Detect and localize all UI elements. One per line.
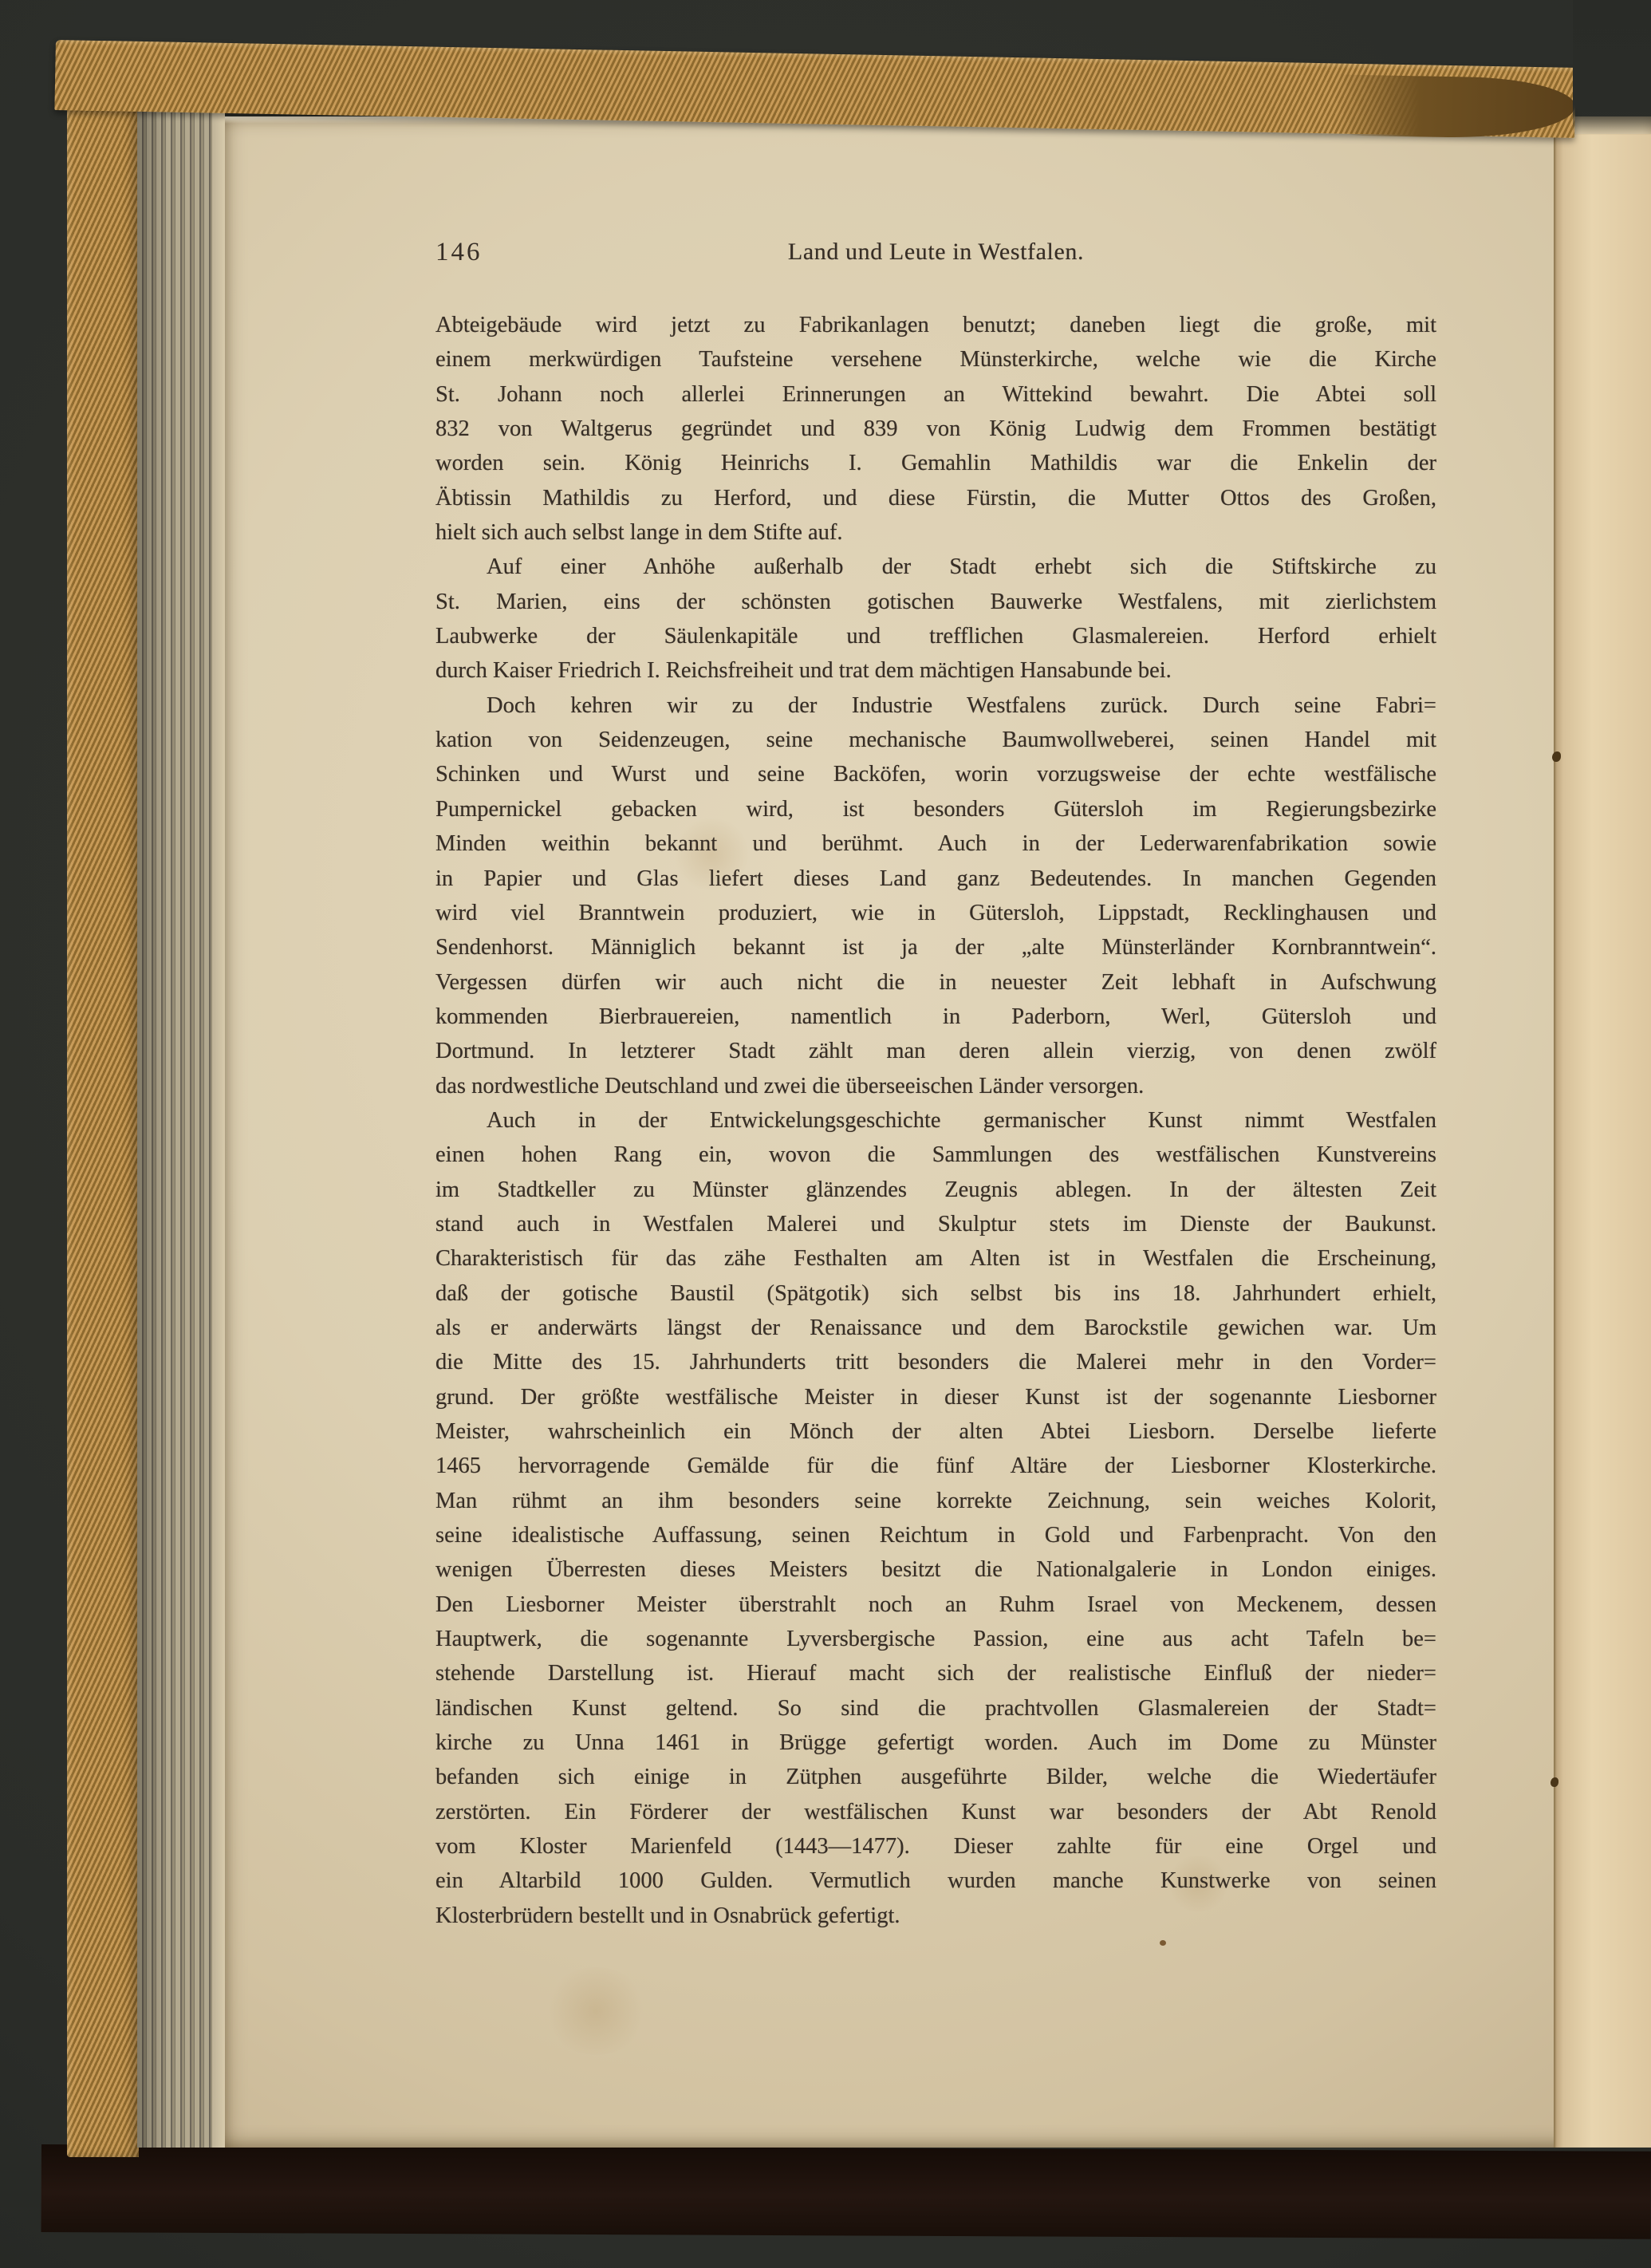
body-line: wenigen Überresten dieses Meisters besit… xyxy=(435,1552,1436,1587)
body-line: Schinken und Wurst und seine Backöfen, w… xyxy=(435,757,1436,791)
body-line: das nordwestliche Deutschland und zwei d… xyxy=(435,1069,1436,1103)
body-line: grund. Der größte westfälische Meister i… xyxy=(435,1380,1436,1414)
body-line: Abteigebäude wird jetzt zu Fabrikanlagen… xyxy=(435,308,1436,342)
body-line: St. Marien, eins der schönsten gotischen… xyxy=(435,585,1436,619)
ink-fleck xyxy=(1160,1940,1166,1946)
body-line: als er anderwärts längst der Renaissance… xyxy=(435,1311,1436,1345)
body-line: Man rühmt an ihm besonders seine korrekt… xyxy=(435,1484,1436,1518)
book-cover-front-edge xyxy=(67,45,139,2157)
body-line: Laubwerke der Säulenkapitäle und treffli… xyxy=(435,619,1436,653)
body-line: kirche zu Unna 1461 in Brügge gefertigt … xyxy=(435,1726,1436,1760)
body-line: seine idealistische Auffassung, seinen R… xyxy=(435,1518,1436,1552)
book-cover-bottom-edge xyxy=(41,2144,1651,2239)
body-line: vom Kloster Marienfeld (1443—1477). Dies… xyxy=(435,1829,1436,1864)
body-line: St. Johann noch allerlei Erinnerungen an… xyxy=(435,377,1436,412)
running-header: Land und Leute in Westfalen. xyxy=(435,234,1436,270)
page-fore-edge xyxy=(1554,134,1651,2148)
body-text: Abteigebäude wird jetzt zu Fabrikanlagen… xyxy=(435,308,1436,1933)
body-line: kation von Seidenzeugen, seine mechanisc… xyxy=(435,723,1436,757)
body-line: Klosterbrüdern bestellt und in Osnabrück… xyxy=(435,1899,1436,1933)
body-line: 1465 hervorragende Gemälde für die fünf … xyxy=(435,1449,1436,1483)
body-line: hielt sich auch selbst lange in dem Stif… xyxy=(435,515,1436,550)
body-line: daß der gotische Baustil (Spätgotik) sic… xyxy=(435,1276,1436,1311)
body-line: zerstörten. Ein Förderer der westfälisch… xyxy=(435,1795,1436,1829)
body-line: die Mitte des 15. Jahrhunderts tritt bes… xyxy=(435,1345,1436,1379)
body-line: in Papier und Glas liefert dieses Land g… xyxy=(435,862,1436,896)
body-line: Hauptwerk, die sogenannte Lyversbergisch… xyxy=(435,1622,1436,1656)
body-line: kommenden Bierbrauereien, namentlich in … xyxy=(435,1000,1436,1034)
cover-top-worn-corner xyxy=(1335,74,1575,139)
body-line: Auf einer Anhöhe außerhalb der Stadt erh… xyxy=(435,550,1436,584)
body-line: Pumpernickel gebacken wird, ist besonder… xyxy=(435,792,1436,826)
body-line: Meister, wahrscheinlich ein Mönch der al… xyxy=(435,1414,1436,1449)
body-line: stand auch in Westfalen Malerei und Skul… xyxy=(435,1207,1436,1241)
body-line: Sendenhorst. Männiglich bekannt ist ja d… xyxy=(435,930,1436,964)
body-line: Äbtissin Mathildis zu Herford, und diese… xyxy=(435,481,1436,515)
body-line: 832 von Waltgerus gegründet und 839 von … xyxy=(435,412,1436,446)
foxing-spot xyxy=(544,1967,648,2055)
page-stack-edge xyxy=(137,88,225,2148)
body-line: Auch in der Entwickelungsgeschichte germ… xyxy=(435,1103,1436,1138)
body-line: im Stadtkeller zu Münster glänzendes Zeu… xyxy=(435,1173,1436,1207)
body-line: Dortmund. In letzterer Stadt zählt man d… xyxy=(435,1034,1436,1068)
body-line: Minden weithin bekannt und berühmt. Auch… xyxy=(435,826,1436,861)
body-line: einem merkwürdigen Taufsteine versehene … xyxy=(435,342,1436,377)
body-line: durch Kaiser Friedrich I. Reichsfreiheit… xyxy=(435,653,1436,688)
body-line: einen hohen Rang ein, wovon die Sammlung… xyxy=(435,1138,1436,1172)
body-line: Den Liesborner Meister überstrahlt noch … xyxy=(435,1588,1436,1622)
book-scan-photo: 146 Land und Leute in Westfalen. Abteige… xyxy=(0,0,1651,2268)
body-line: Charakteristisch für das zähe Festhalten… xyxy=(435,1241,1436,1276)
body-line: ein Altarbild 1000 Gulden. Vermutlich wu… xyxy=(435,1864,1436,1898)
body-line: Vergessen dürfen wir auch nicht die in n… xyxy=(435,965,1436,1000)
body-line: befanden sich einige in Zütphen ausgefüh… xyxy=(435,1760,1436,1794)
background-corner xyxy=(1573,0,1651,134)
body-line: ländischen Kunst geltend. So sind die pr… xyxy=(435,1691,1436,1726)
body-line: Doch kehren wir zu der Industrie Westfal… xyxy=(435,688,1436,723)
body-line: stehende Darstellung ist. Hierauf macht … xyxy=(435,1656,1436,1690)
body-line: worden sein. König Heinrichs I. Gemahlin… xyxy=(435,446,1436,480)
body-line: wird viel Branntwein produziert, wie in … xyxy=(435,896,1436,930)
